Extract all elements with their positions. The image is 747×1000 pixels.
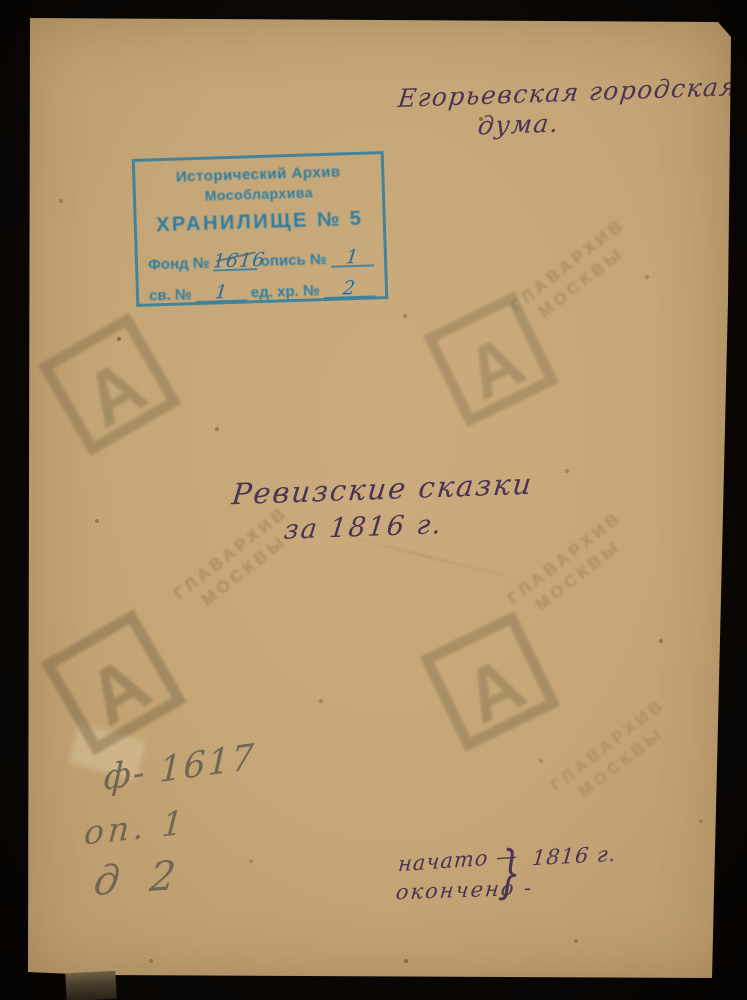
paper-speckles <box>0 0 2 2</box>
binding-fragment <box>65 971 116 1000</box>
folder-cover: А А А А ГЛАВАРХИВ МОСКВЫ Г <box>0 0 747 1000</box>
paper-edge-shading <box>0 0 747 1000</box>
scan-background: А А А А ГЛАВАРХИВ МОСКВЫ Г <box>0 0 747 1000</box>
